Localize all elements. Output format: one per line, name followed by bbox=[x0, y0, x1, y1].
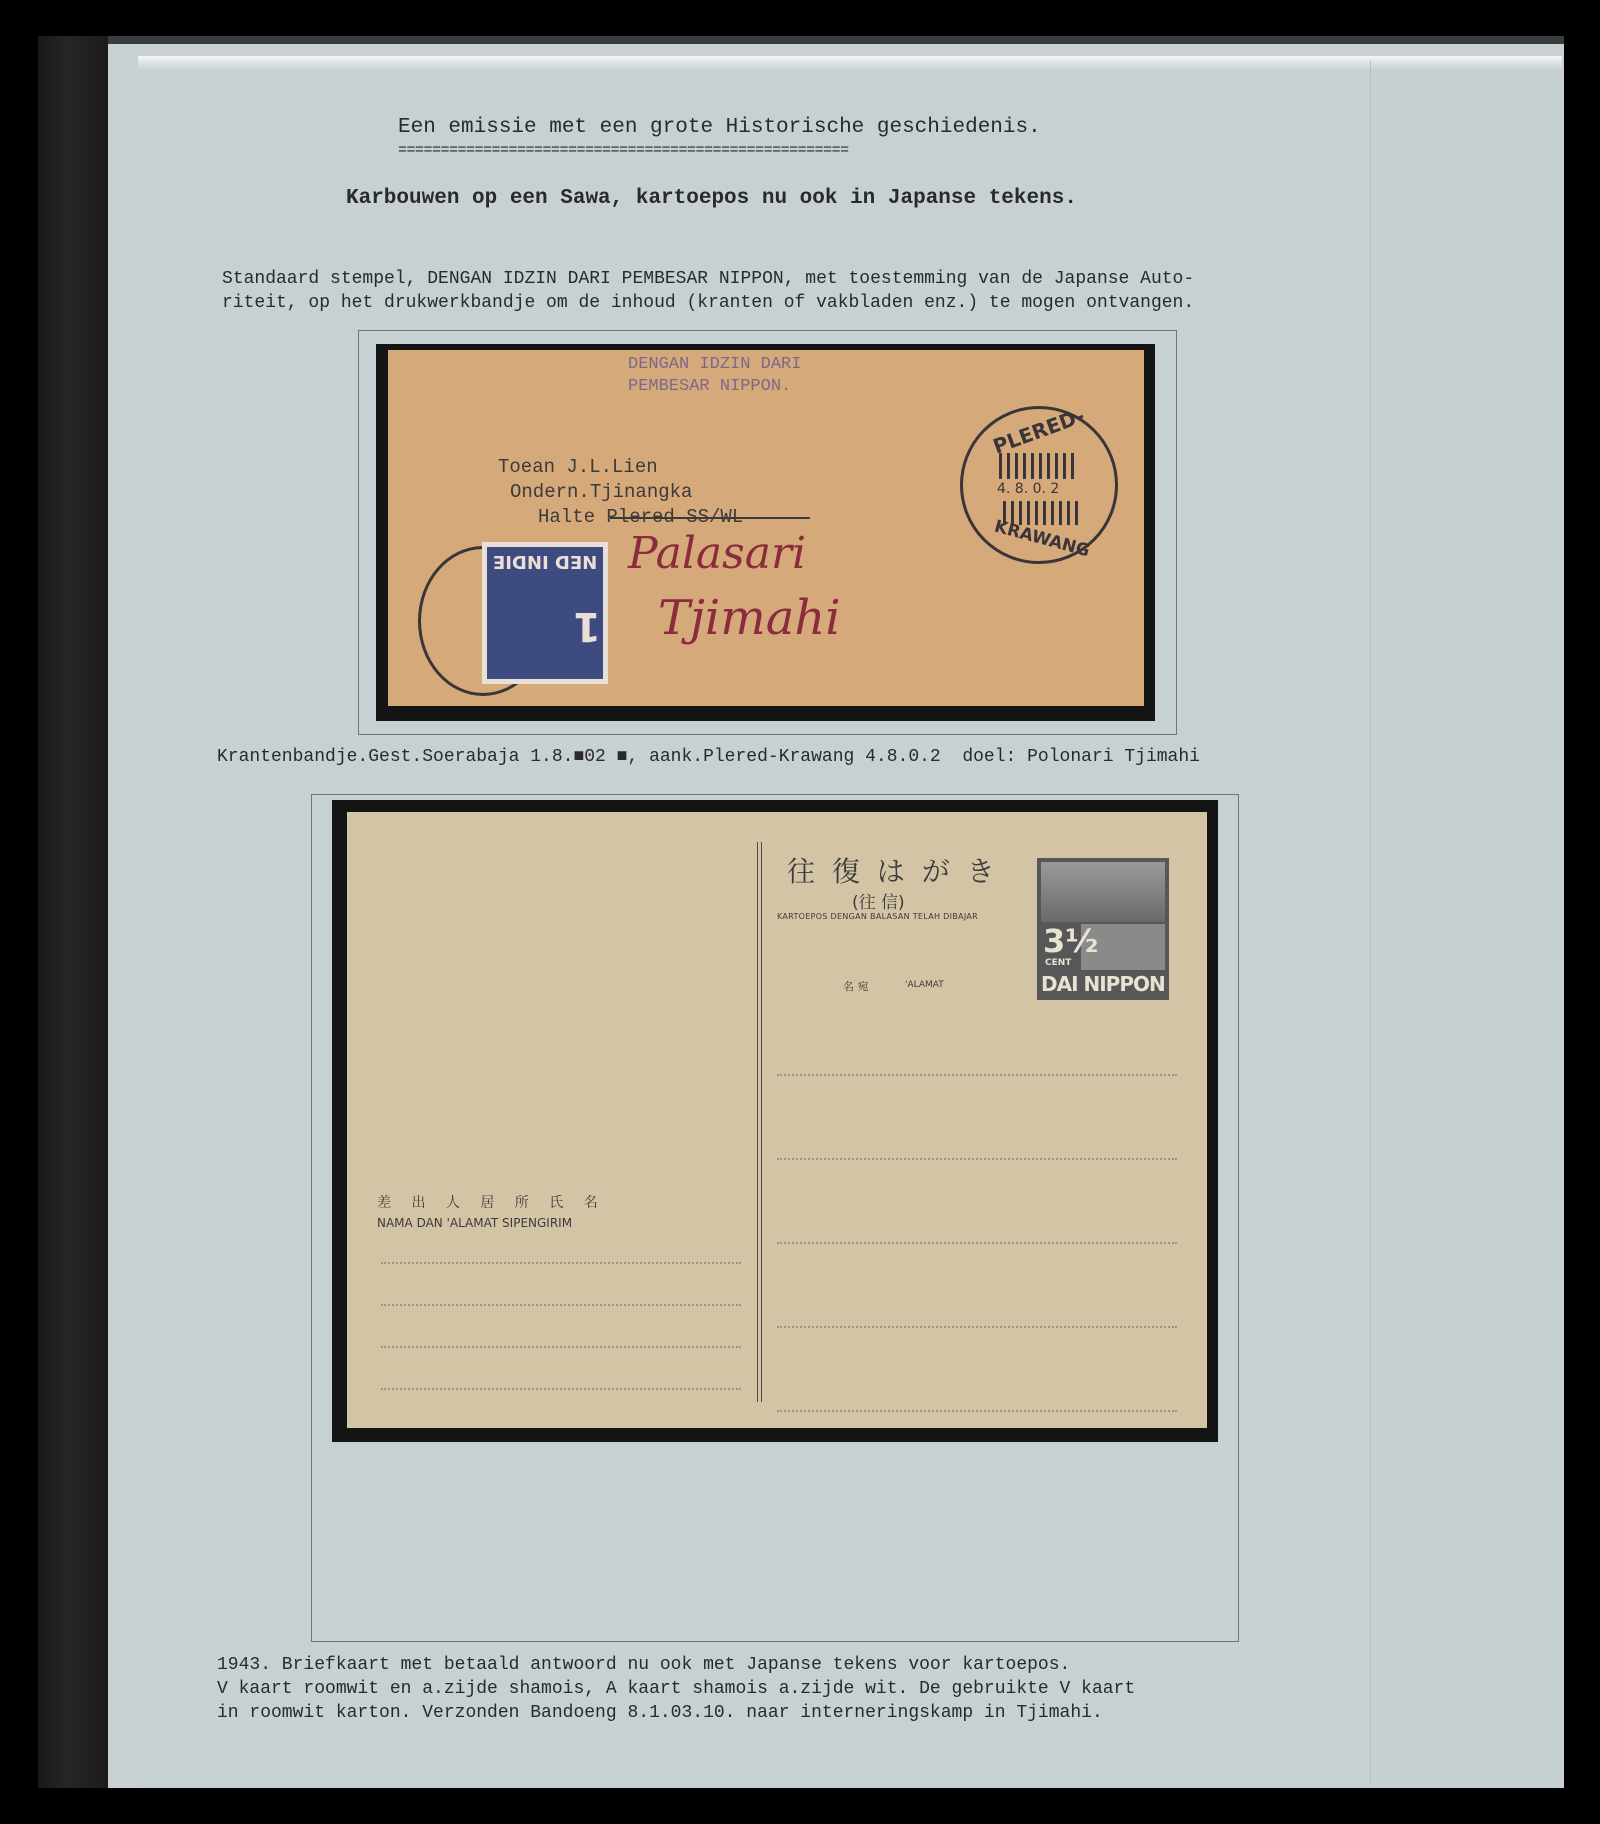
item2-caption-line-3: in roomwit karton. Verzonden Bandoeng 8.… bbox=[217, 1702, 1103, 1724]
strikethrough bbox=[610, 517, 810, 519]
handwritten-line-2: Tjimahi bbox=[658, 590, 841, 646]
page-subheading: Karbouwen op een Sawa, kartoepos nu ook … bbox=[346, 187, 1077, 210]
stamp-country: NED INDIE bbox=[493, 551, 597, 572]
postcard-subtitle-ja: (往 信) bbox=[852, 888, 905, 913]
sender-line-1 bbox=[381, 1262, 741, 1264]
postmark-plered-krawang: PLERED- 4. 8. 0. 2 KRAWANG bbox=[960, 406, 1118, 564]
album-binder-leather bbox=[38, 36, 110, 1788]
address-line-2: Ondern.Tjinangka bbox=[510, 481, 692, 503]
address-label-ja: 名 宛 bbox=[843, 978, 869, 994]
postmark-date: 4. 8. 0. 2 bbox=[997, 481, 1059, 497]
item2-caption-line-1: 1943. Briefkaart met betaald antwoord nu… bbox=[217, 1654, 1070, 1676]
address-line-3 bbox=[777, 1242, 1177, 1244]
page-edge-line bbox=[1370, 60, 1371, 1785]
sender-line-2 bbox=[381, 1304, 741, 1306]
sender-label-ja: 差 出 人 居 所 氏 名 bbox=[377, 1192, 606, 1212]
censor-stamp: DENGAN IDZIN DARI PEMBESAR NIPPON. bbox=[628, 354, 801, 398]
address-line-1 bbox=[777, 1074, 1177, 1076]
item2-caption-line-2: V kaart roomwit en a.zijde shamois, A ka… bbox=[217, 1678, 1135, 1700]
postcard-divider bbox=[757, 842, 762, 1402]
postcard-title-ja: 往 復 は が き bbox=[787, 850, 999, 890]
censor-line-2: PEMBESAR NIPPON. bbox=[628, 376, 801, 398]
address-label: 'ALAMAT bbox=[905, 980, 944, 990]
reply-postcard[interactable]: 往 復 は が き (往 信) KARTOEPOS DENGAN BALASAN… bbox=[347, 812, 1207, 1428]
intro-line-1: Standaard stempel, DENGAN IDZIN DARI PEM… bbox=[222, 268, 1194, 290]
postmark-bars-top bbox=[999, 453, 1079, 479]
sender-line-3 bbox=[381, 1346, 741, 1348]
handwritten-line-1: Palasari bbox=[628, 528, 806, 579]
page-heading: Een emissie met een grote Historische ge… bbox=[398, 116, 1041, 139]
sender-label: NAMA DAN 'ALAMAT SIPENGIRIM bbox=[377, 1216, 572, 1230]
address-line-4 bbox=[777, 1326, 1177, 1328]
sender-line-4 bbox=[381, 1388, 741, 1390]
heading-underline: ========================================… bbox=[398, 142, 849, 159]
postage-stamp-1-cent: NED INDIE 1 bbox=[482, 542, 608, 684]
imprint-value: 3½ bbox=[1043, 922, 1098, 960]
imprinted-stamp-dai-nippon: 3½ CENT DAI NIPPON bbox=[1037, 858, 1169, 1000]
censor-line-1: DENGAN IDZIN DARI bbox=[628, 354, 801, 376]
stamp-value: 1 bbox=[573, 603, 601, 649]
intro-line-2: riteit, op het drukwerkbandje om de inho… bbox=[222, 292, 1194, 314]
address-line-2 bbox=[777, 1158, 1177, 1160]
stamp-buffalo-scene bbox=[1041, 862, 1165, 922]
address-line-5 bbox=[777, 1410, 1177, 1412]
sleeve-glare bbox=[138, 56, 1562, 70]
postcard-title-id: KARTOEPOS DENGAN BALASAN TELAH DIBAJAR bbox=[777, 912, 978, 921]
postmark-top-text: PLERED- bbox=[990, 403, 1088, 458]
imprint-text: DAI NIPPON bbox=[1041, 972, 1165, 996]
imprint-unit: CENT bbox=[1045, 958, 1071, 968]
newspaper-wrapper[interactable]: DENGAN IDZIN DARI PEMBESAR NIPPON. Toean… bbox=[388, 350, 1144, 706]
item1-caption: Krantenbandje.Gest.Soerabaja 1.8.■02 ■, … bbox=[217, 746, 1200, 768]
address-line-1: Toean J.L.Lien bbox=[498, 456, 658, 478]
